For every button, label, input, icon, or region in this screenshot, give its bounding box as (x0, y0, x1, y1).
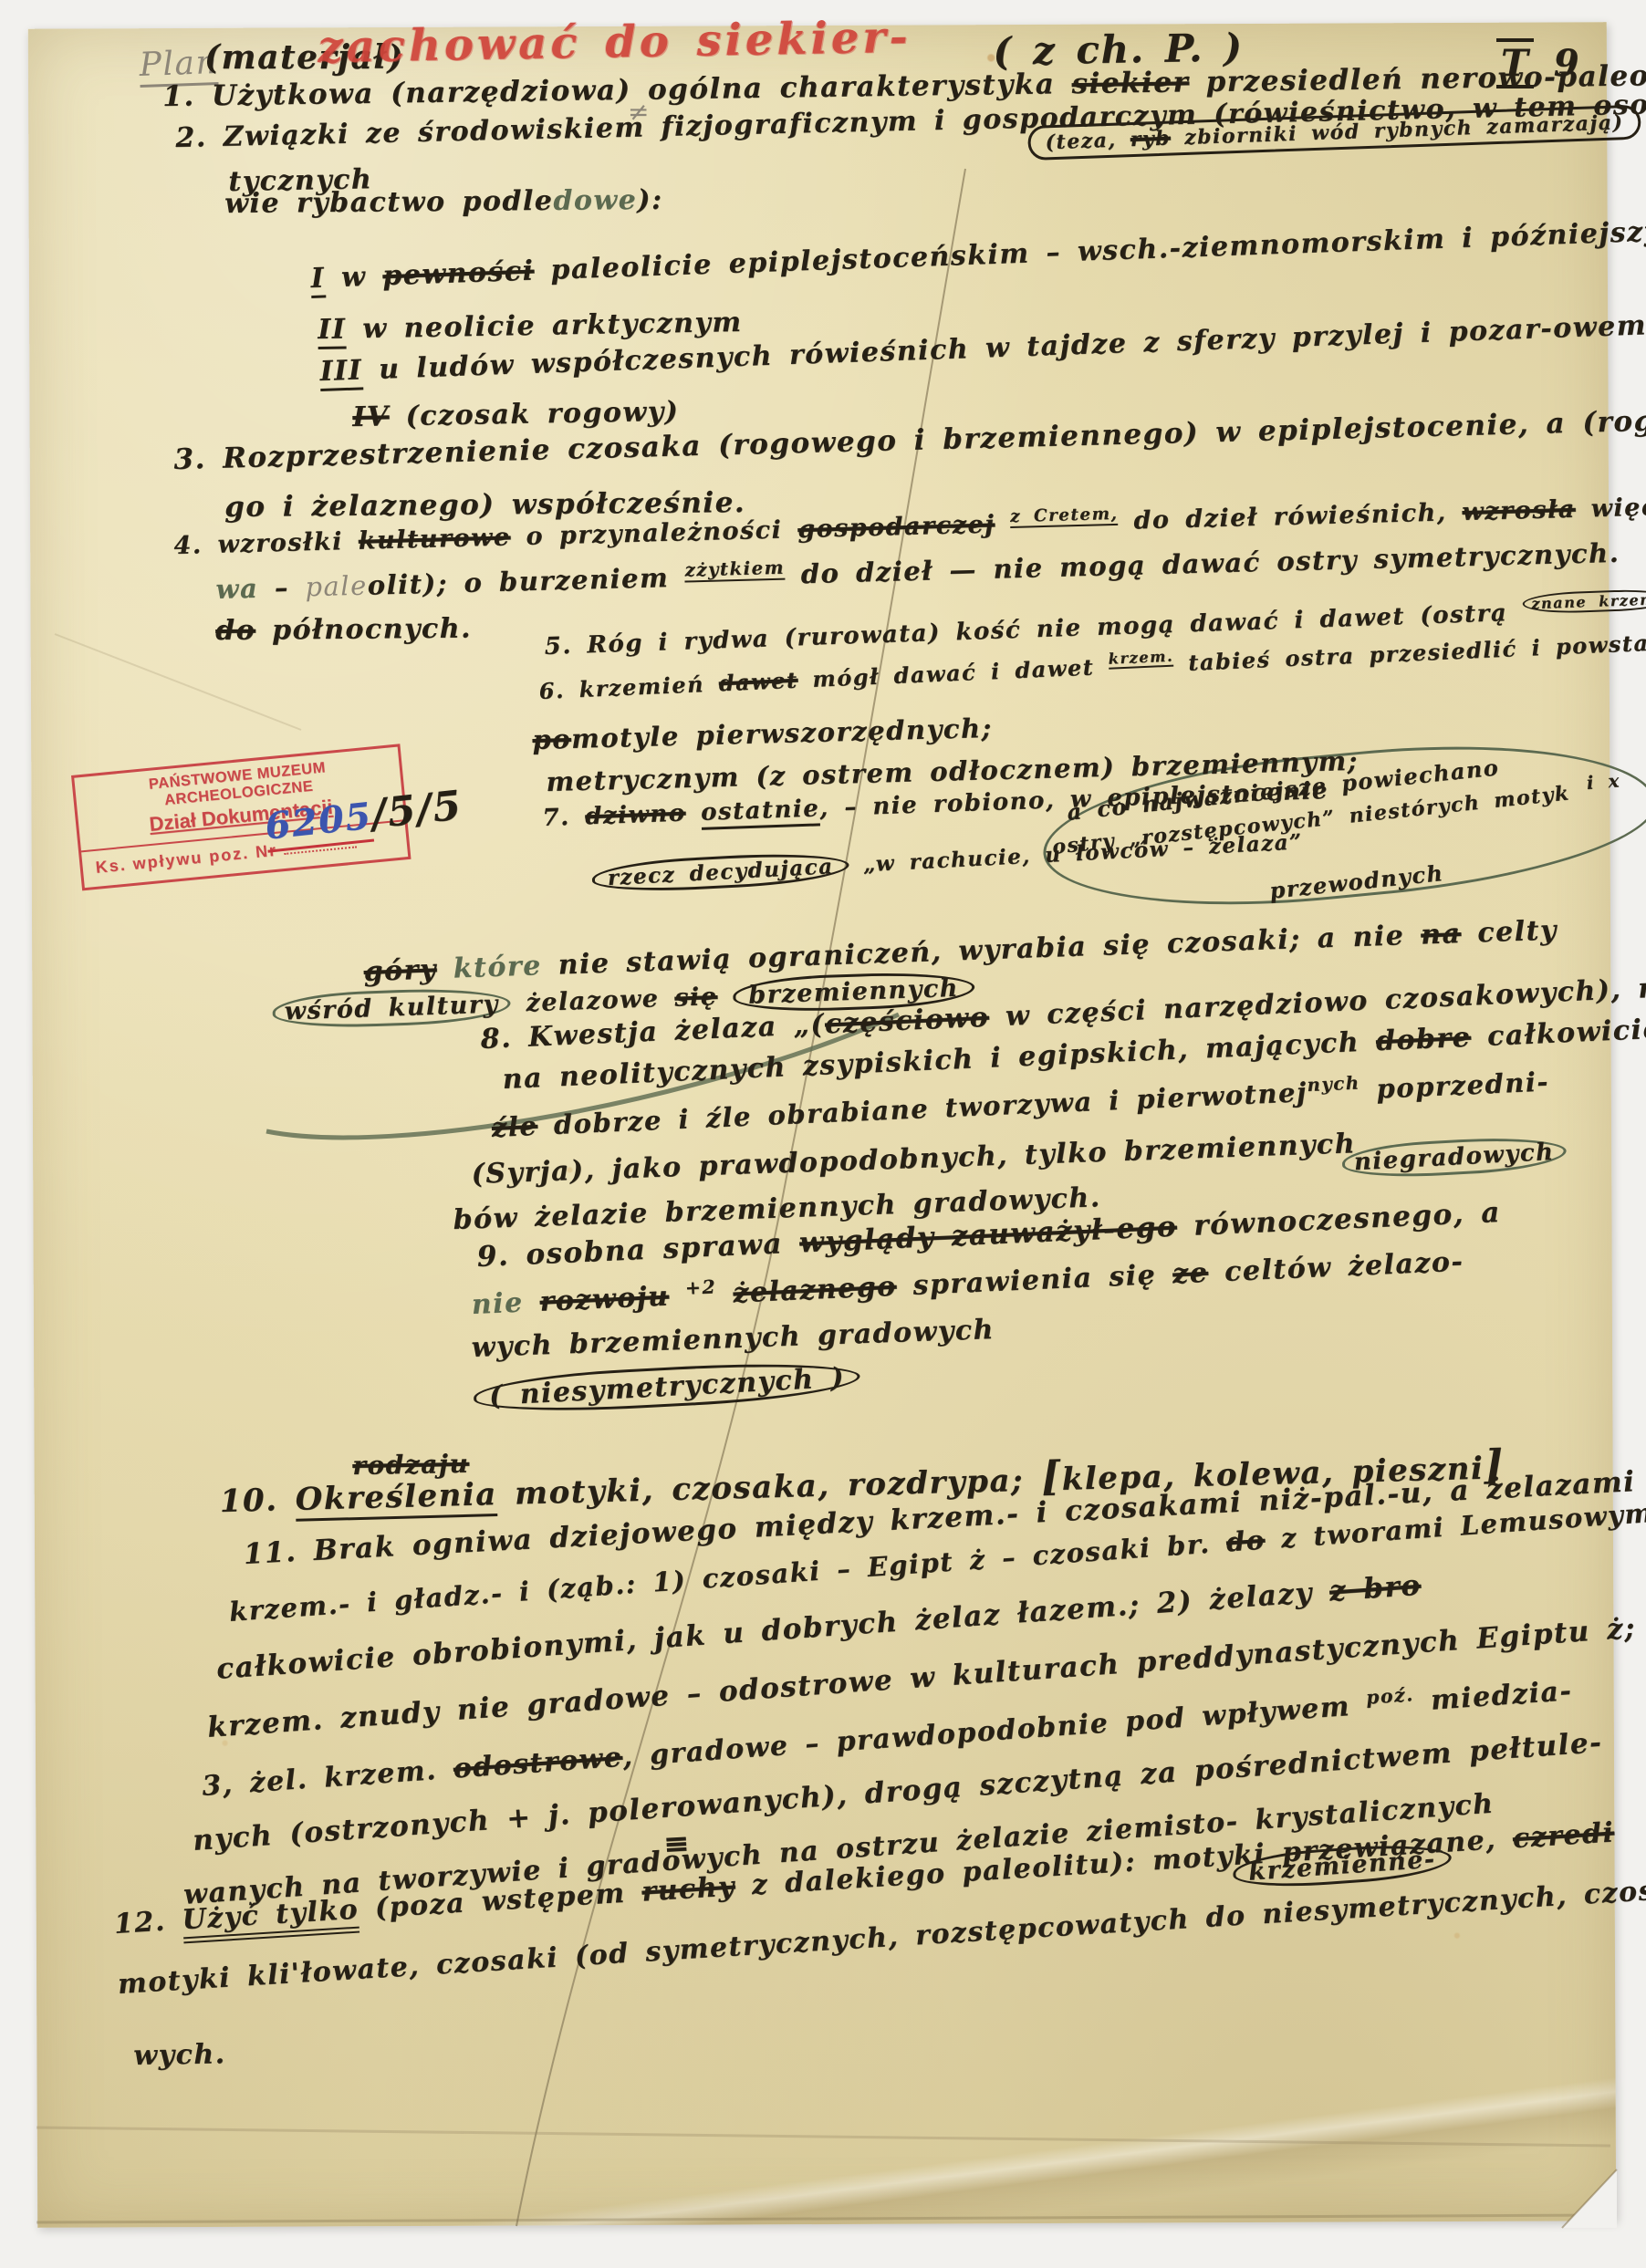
scanned-manuscript-page: { "colors":{ "paper":"#eadfb3","ink":"#2… (0, 0, 1646, 2268)
item2-line2: wie rybactwo podledowe): (224, 184, 663, 220)
roman-iv-line: IV (czosak rogowy) (352, 396, 680, 433)
item12-line3: wych. (133, 2038, 226, 2072)
green-annotation-mark: i x (1586, 769, 1621, 794)
registry-number-suffix: /5/5 (370, 782, 464, 837)
triple-dash-mark: ≡ (662, 1825, 692, 1863)
item4-line3: do północnych. (215, 613, 472, 647)
red-crayon-title: zachować do siekier- (318, 12, 912, 73)
